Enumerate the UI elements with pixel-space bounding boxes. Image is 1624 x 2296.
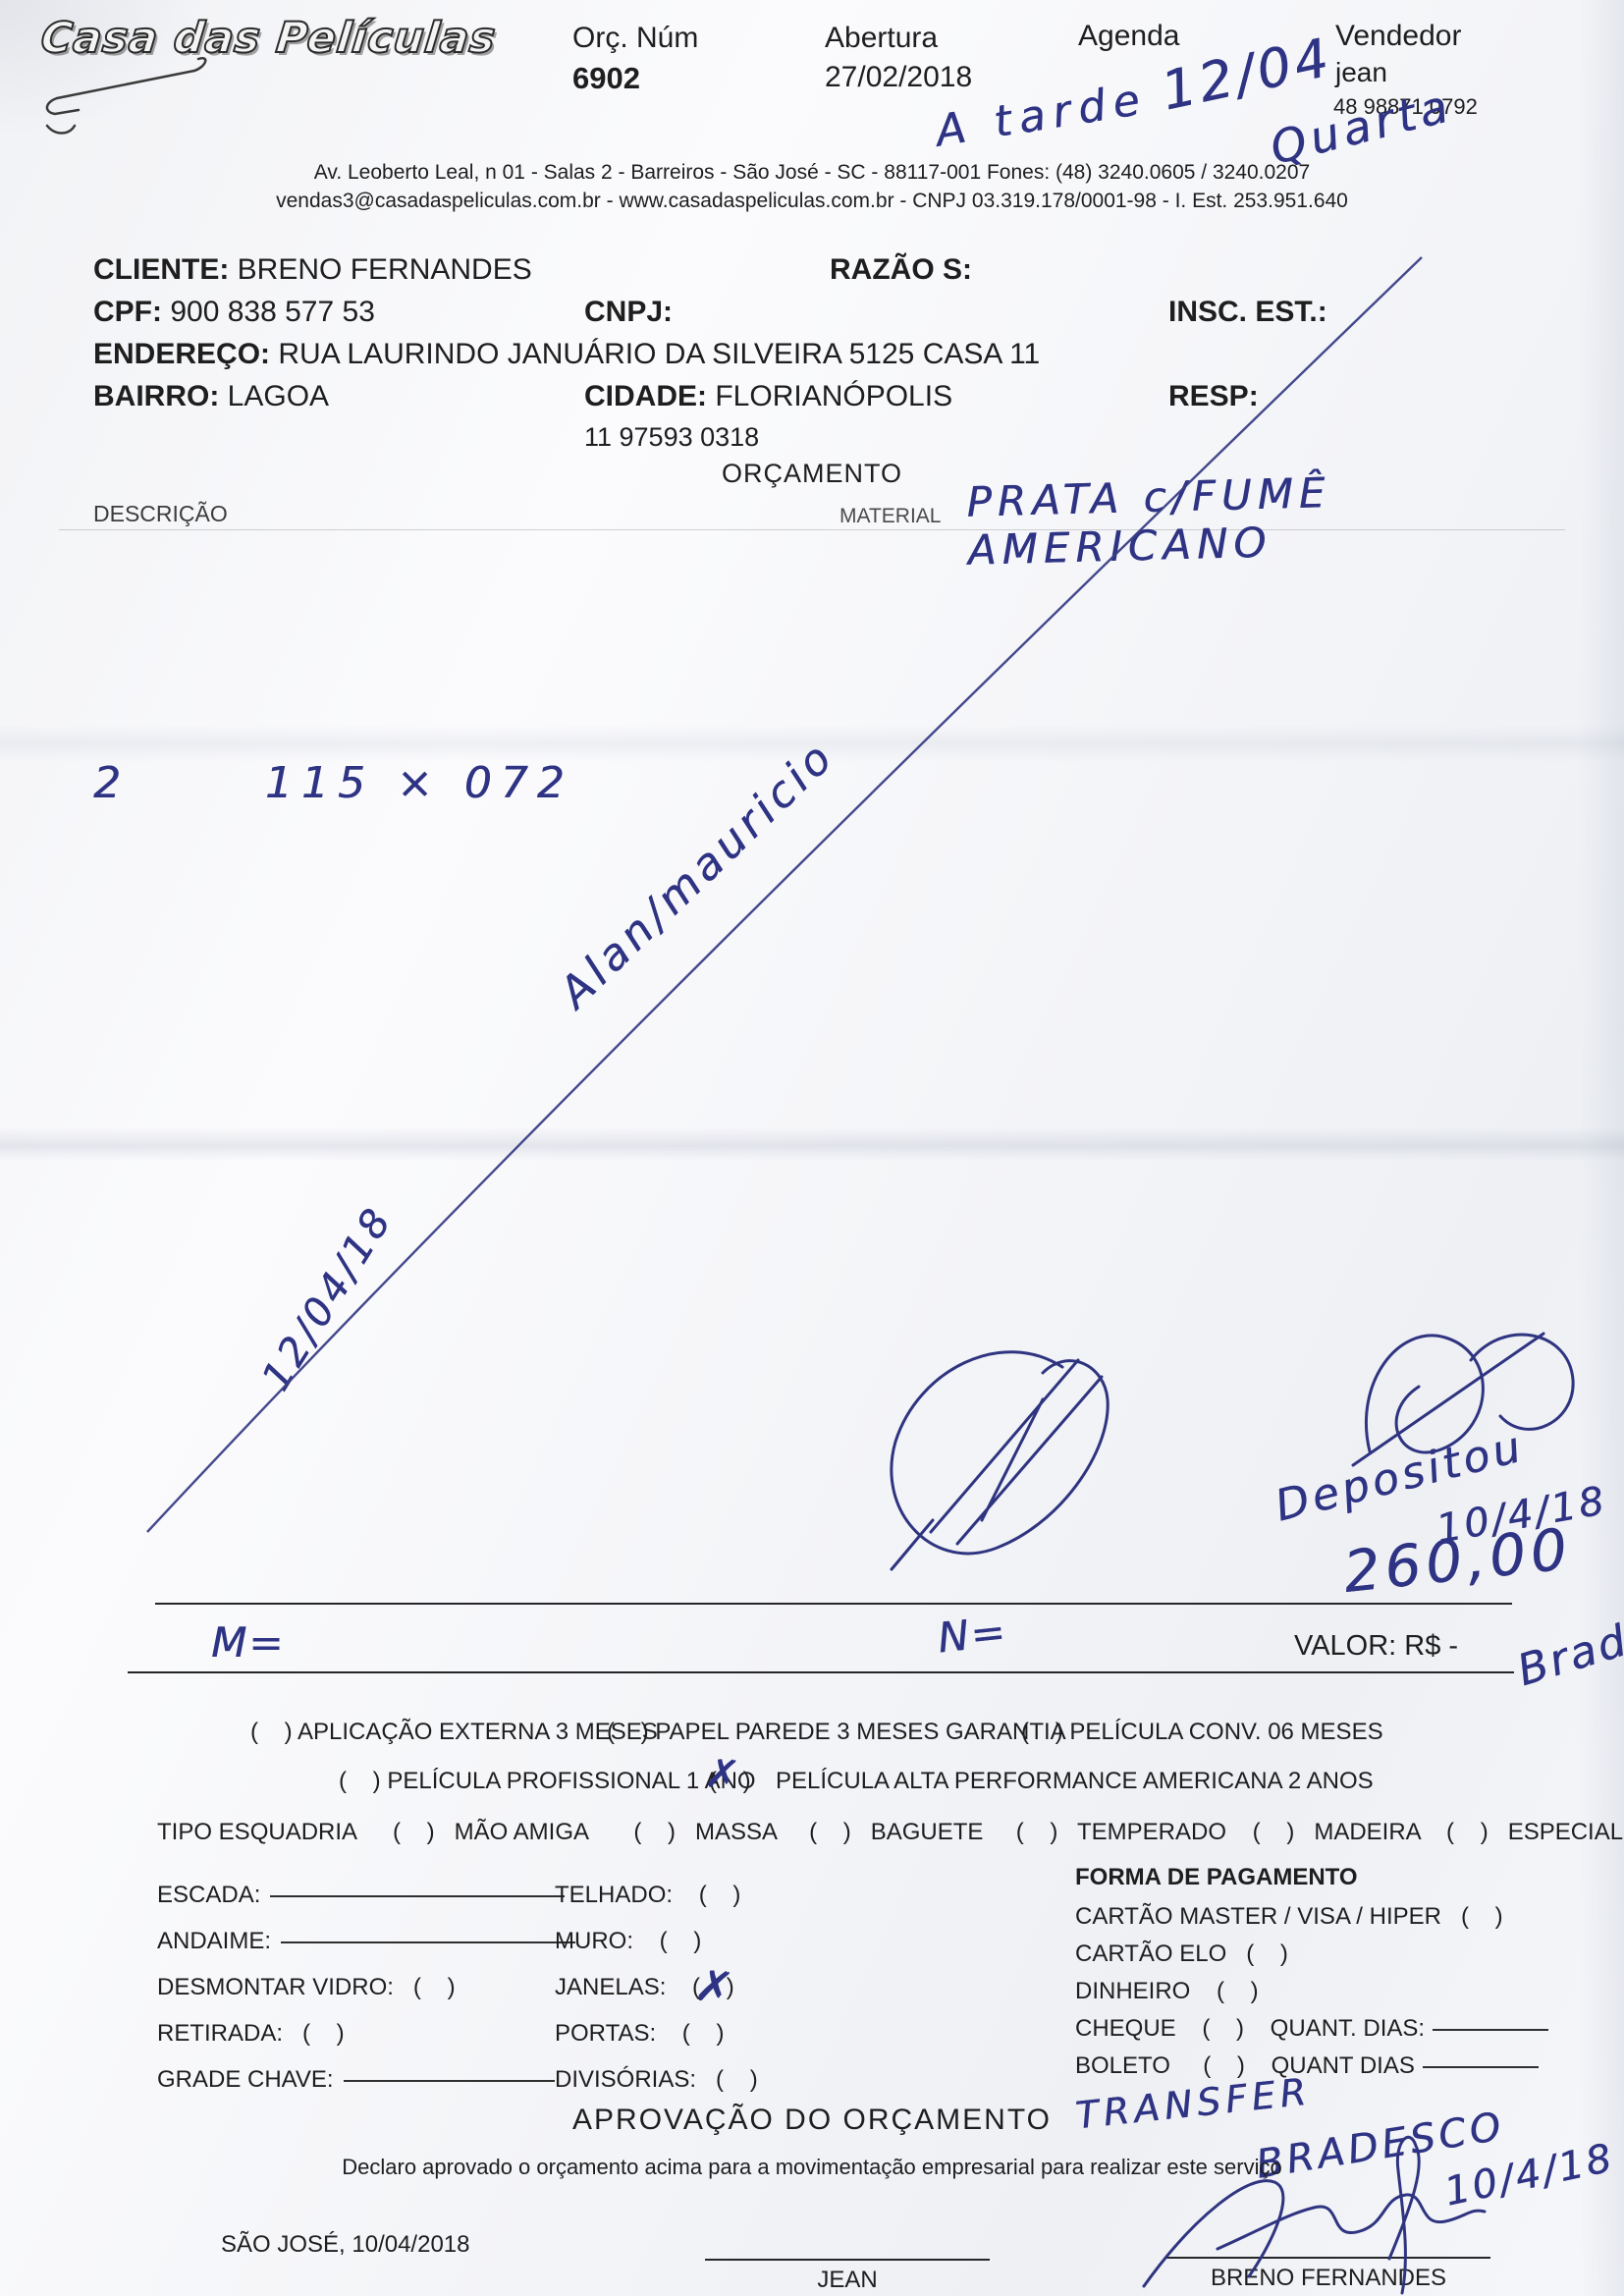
payment-cheque: CHEQUE ( ) QUANT. DIAS:	[1075, 2015, 1548, 2043]
client-signature-line	[1166, 2257, 1490, 2259]
cpf-label: CPF:	[93, 296, 162, 328]
diagonal-pen-line	[147, 257, 1422, 1532]
warranty-option-pelicula-conv: ( ) PELÍCULA CONV. 06 MESES	[1021, 1719, 1383, 1746]
andaime-fill-line	[281, 1940, 575, 1943]
field-desmontar-vidro: DESMONTAR VIDRO: ( )	[157, 1974, 456, 2001]
seller-signature-line	[705, 2259, 990, 2261]
endereco-row: ENDEREÇO: RUA LAURINDO JANUÁRIO DA SILVE…	[93, 338, 1040, 371]
alta-performance-checkmark: ✗	[702, 1748, 743, 1800]
seller-sign-label: JEAN	[705, 2267, 990, 2294]
abertura-label: Abertura	[825, 22, 938, 55]
crease-band-mid	[0, 1127, 1624, 1161]
cpf-row: CPF: 900 838 577 53	[93, 296, 375, 329]
agenda-handwritten-date: 12/04	[1156, 26, 1337, 122]
scan-edge-shade	[1579, 0, 1624, 2296]
cnpj-label: CNPJ:	[584, 296, 673, 329]
valor-handwritten-bank: Bradesco	[1512, 1583, 1624, 1697]
approval-title: APROVAÇÃO DO ORÇAMENTO	[0, 2104, 1624, 2137]
cidade-value: FLORIANÓPOLIS	[715, 380, 952, 412]
escada-label: ESCADA:	[157, 1882, 260, 1908]
city-date: SÃO JOSÉ, 10/04/2018	[221, 2231, 470, 2259]
cheque-fill-line	[1433, 2027, 1548, 2031]
agenda-label: Agenda	[1078, 20, 1179, 53]
bairro-value: LAGOA	[228, 380, 329, 412]
client-sign-label: BRENO FERNANDES	[1166, 2265, 1490, 2292]
field-divisorias: DIVISÓRIAS: ( )	[555, 2066, 758, 2094]
cliente-value: BRENO FERNANDES	[238, 253, 532, 286]
orc-num-value: 6902	[572, 61, 640, 96]
payment-cartao-master: CARTÃO MASTER / VISA / HIPER ( )	[1075, 1903, 1503, 1931]
address-line2: vendas3@casadaspeliculas.com.br - www.ca…	[0, 190, 1624, 213]
address-line1: Av. Leoberto Leal, n 01 - Salas 2 - Barr…	[0, 161, 1624, 185]
scanned-order-form: Casa das Películas Orç. Núm 6902 Abertur…	[0, 0, 1624, 2296]
escada-fill-line	[270, 1893, 565, 1897]
bairro-label: BAIRRO:	[93, 380, 219, 412]
endereco-label: ENDEREÇO:	[93, 338, 270, 370]
field-portas: PORTAS: ( )	[555, 2020, 724, 2048]
orc-num-label: Orç. Núm	[572, 22, 698, 55]
boleto-fill-line	[1423, 2064, 1539, 2068]
janelas-checkmark: ✗	[691, 1957, 737, 2016]
field-andaime: ANDAIME:	[157, 1928, 575, 1955]
payment-dinheiro: DINHEIRO ( )	[1075, 1978, 1259, 2005]
insc-label: INSC. EST.:	[1168, 296, 1327, 329]
grade-chave-fill-line	[344, 2078, 555, 2082]
andaime-label: ANDAIME:	[157, 1928, 271, 1954]
grade-chave-label: GRADE CHAVE:	[157, 2066, 334, 2093]
valor-label: VALOR: R$ -	[1294, 1630, 1458, 1663]
signature-scribble-oval	[892, 1352, 1108, 1569]
field-telhado: TELHADO: ( )	[555, 1882, 740, 1909]
warranty-option-aplicacao-externa: ( ) APLICAÇÃO EXTERNA 3 MESES	[250, 1719, 658, 1746]
warranty-option-papel-parede: ( ) PAPEL PAREDE 3 MESES GARANTIA	[607, 1719, 1066, 1746]
diagonal-note-handwritten: Alan/mauricio	[550, 731, 844, 1018]
deposit-value-handwritten: 260,00	[1340, 1515, 1575, 1606]
cidade-row: CIDADE: FLORIANÓPOLIS	[584, 380, 952, 413]
warranty-option-alta-performance-label: PELÍCULA ALTA PERFORMANCE AMERICANA 2 AN…	[776, 1768, 1374, 1795]
material-handwritten: PRATA c/FUMÊ AMERICANO	[966, 461, 1624, 574]
vendedor-label: Vendedor	[1335, 20, 1461, 53]
cheque-label: CHEQUE ( ) QUANT. DIAS:	[1075, 2015, 1425, 2042]
material-label: MATERIAL	[839, 505, 941, 528]
qty-handwritten: 2 115 × 072	[93, 758, 573, 808]
abertura-value: 27/02/2018	[825, 61, 972, 94]
m-note-handwritten: M=	[211, 1618, 285, 1667]
field-escada: ESCADA:	[157, 1882, 565, 1909]
warranty-option-profissional: ( ) PELÍCULA PROFISSIONAL 1 ANO	[339, 1768, 756, 1795]
client-phone: 11 97593 0318	[584, 422, 759, 453]
descricao-label: DESCRIÇÃO	[93, 501, 228, 527]
esquadria-label: TIPO ESQUADRIA	[157, 1819, 357, 1846]
n-note-handwritten: N=	[936, 1607, 1009, 1662]
payment-title: FORMA DE PAGAMENTO	[1075, 1864, 1358, 1891]
staple-icon	[47, 58, 205, 133]
resp-label: RESP:	[1168, 380, 1259, 413]
bairro-row: BAIRRO: LAGOA	[93, 380, 329, 413]
cidade-label: CIDADE:	[584, 380, 707, 412]
field-retirada: RETIRADA: ( )	[157, 2020, 345, 2048]
field-grade-chave: GRADE CHAVE:	[157, 2066, 555, 2094]
value-rule-top	[155, 1603, 1512, 1605]
company-logo: Casa das Películas	[38, 14, 498, 63]
payment-cartao-elo: CARTÃO ELO ( )	[1075, 1941, 1288, 1968]
cliente-label: CLIENTE:	[93, 253, 229, 286]
boleto-label: BOLETO ( ) QUANT DIAS	[1075, 2052, 1415, 2079]
endereco-value: RUA LAURINDO JANUÁRIO DA SILVEIRA 5125 C…	[278, 338, 1040, 370]
diagonal-date-handwritten: 12/04/18	[253, 1199, 402, 1399]
razao-label: RAZÃO S:	[830, 253, 972, 287]
value-rule-bottom	[128, 1671, 1514, 1673]
approval-declaration: Declaro aprovado o orçamento acima para …	[0, 2155, 1624, 2180]
cliente-row: CLIENTE: BRENO FERNANDES	[93, 253, 532, 287]
cpf-value: 900 838 577 53	[170, 296, 375, 328]
esquadria-options: ( ) MÃO AMIGA ( ) MASSA ( ) BAGUETE ( ) …	[393, 1819, 1623, 1846]
vendedor-value: jean	[1335, 57, 1387, 88]
field-muro: MURO: ( )	[555, 1928, 701, 1955]
